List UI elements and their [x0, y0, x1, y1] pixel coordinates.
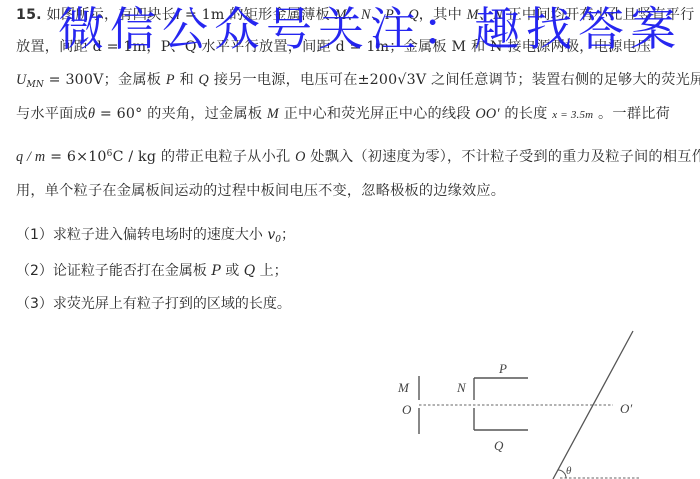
question-3: （3）求荧光屏上有粒子打到的区域的长度。 — [16, 293, 291, 313]
label-o: O — [402, 402, 412, 417]
physics-diagram: M O N P Q O′ θ — [380, 310, 700, 479]
theta-arc — [558, 470, 566, 478]
question-1: （1）求粒子进入偏转电场时的速度大小 v0； — [16, 224, 295, 245]
label-p: P — [498, 361, 507, 376]
problem-number: 15. — [16, 7, 42, 23]
problem-line-5: q / m = 6×106C / kg 的带正电粒子从小孔 O 处飘入（初速度为… — [16, 146, 700, 166]
label-n: N — [456, 380, 467, 395]
watermark-text: 微信公众号关注：趣找答案 — [58, 6, 682, 52]
problem-line-6: 用，单个粒子在金属板间运动的过程中板间电压不变，忽略极板的边缘效应。 — [16, 180, 505, 200]
label-theta: θ — [566, 465, 572, 477]
problem-line-3: UMN = 300V；金属板 P 和 Q 接另一电源，电压可在±200√3V 之… — [16, 69, 700, 90]
label-m: M — [397, 380, 410, 395]
label-o-prime: O′ — [620, 401, 632, 416]
question-2: （2）论证粒子能否打在金属板 P 或 Q 上； — [16, 260, 288, 280]
label-q: Q — [494, 438, 504, 453]
problem-line-4: 与水平面成θ = 60° 的夹角，过金属板 M 正中心和荧光屏正中心的线段 OO… — [16, 103, 670, 123]
